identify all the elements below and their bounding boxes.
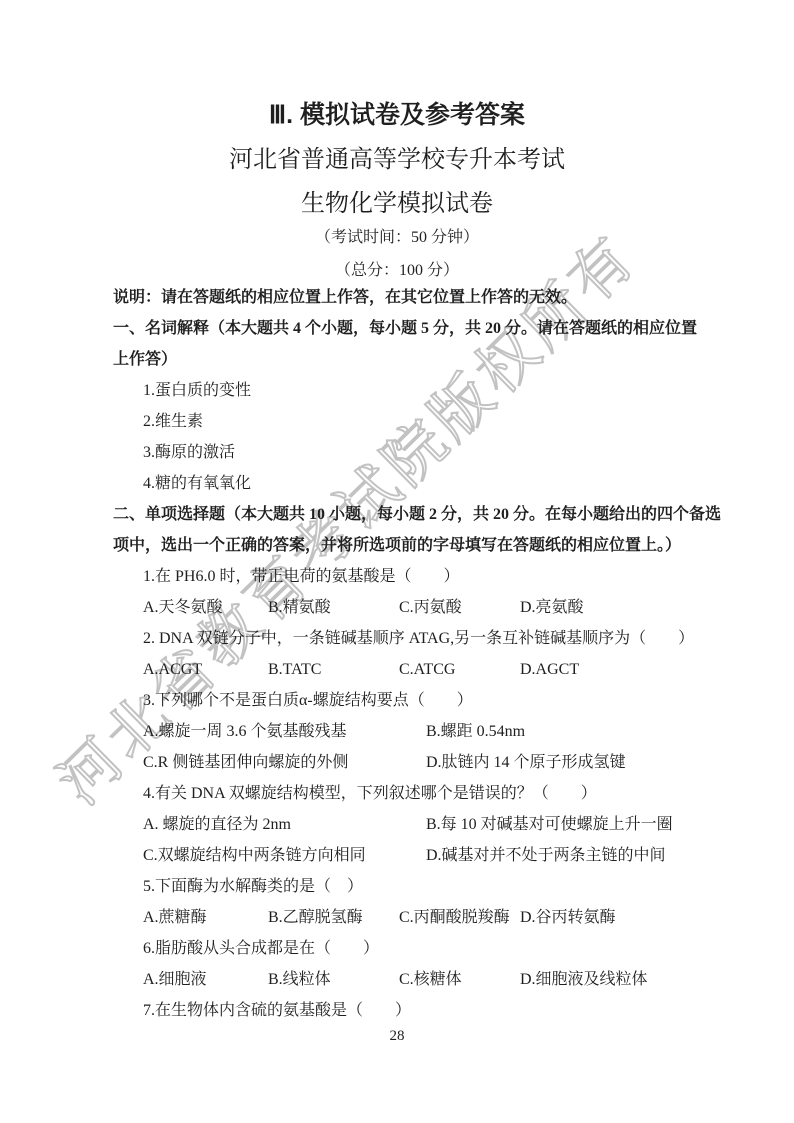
option-a: A.蔗糖酶: [143, 902, 268, 933]
exam-page: 河北省教育考试院版权所有 Ⅲ. 模拟试卷及参考答案 河北省普通高等学校专升本考试…: [0, 0, 794, 1123]
section-title: Ⅲ. 模拟试卷及参考答案: [0, 0, 794, 129]
question-4-options-row-2: C.双螺旋结构中两条链方向相同D.碱基对并不处于两条主链的中间: [113, 840, 724, 871]
option-c: C.核糖体: [399, 964, 520, 995]
exam-time-note: （考试时间：50 分钟）: [0, 227, 794, 249]
section2-header-line1: 二、单项选择题（本大题共 10 小题，每小题 2 分，共 20 分。在每小题给出…: [113, 499, 724, 530]
instructions-line: 说明：请在答题纸的相应位置上作答，在其它位置上作答的无效。: [113, 282, 724, 313]
question-7-stem: 7.在生物体内含硫的氨基酸是（ ）: [113, 995, 724, 1026]
option-b: B.精氨酸: [268, 592, 399, 623]
question-1-options-row: A.天冬氨酸B.精氨酸C.丙氨酸D.亮氨酸: [113, 592, 724, 623]
question-1-stem: 1.在 PH6.0 时，带正电荷的氨基酸是（ ）: [113, 561, 724, 592]
question-2-stem: 2. DNA 双链分子中，一条链碱基顺序 ATAG,另一条互补链碱基顺序为（ ）: [113, 623, 724, 654]
question-3-options-row-2: C.R 侧链基团伸向螺旋的外侧D.肽链内 14 个原子形成氢键: [113, 747, 724, 778]
option-b: B.TATC: [268, 654, 399, 685]
exam-score-note: （总分：100 分）: [0, 260, 794, 282]
option-b: B.线粒体: [268, 964, 399, 995]
term-item-1: 1.蛋白质的变性: [113, 375, 724, 406]
section2-header-line2: 项中，选出一个正确的答案，并将所选项前的字母填写在答题纸的相应位置上。）: [113, 530, 724, 561]
option-d: D.AGCT: [520, 654, 579, 685]
question-4-options-row-1: A. 螺旋的直径为 2nmB.每 10 对碱基对可使螺旋上升一圈: [113, 809, 724, 840]
exam-name: 河北省普通高等学校专升本考试: [0, 146, 794, 174]
option-d: D.碱基对并不处于两条主链的中间: [426, 840, 666, 871]
question-2-options-row: A.ACGTB.TATCC.ATCGD.AGCT: [113, 654, 724, 685]
option-c: C.ATCG: [399, 654, 520, 685]
term-item-2: 2.维生素: [113, 406, 724, 437]
option-a: A.细胞液: [143, 964, 268, 995]
option-b: B.乙醇脱氢酶: [268, 902, 399, 933]
option-d: D.亮氨酸: [520, 592, 584, 623]
question-3-stem: 3.下列哪个不是蛋白质α-螺旋结构要点（ ）: [113, 685, 724, 716]
question-6-stem: 6.脂肪酸从头合成都是在（ ）: [113, 933, 724, 964]
exam-body: 说明：请在答题纸的相应位置上作答，在其它位置上作答的无效。 一、名词解释（本大题…: [113, 282, 724, 1026]
paper-title: 生物化学模拟试卷: [0, 190, 794, 218]
option-a: A. 螺旋的直径为 2nm: [143, 809, 426, 840]
option-c: C.R 侧链基团伸向螺旋的外侧: [143, 747, 426, 778]
section1-header-line1: 一、名词解释（本大题共 4 个小题，每小题 5 分，共 20 分。请在答题纸的相…: [113, 313, 724, 344]
option-b: B.螺距 0.54nm: [426, 716, 525, 747]
option-b: B.每 10 对碱基对可使螺旋上升一圈: [426, 809, 673, 840]
option-a: A.天冬氨酸: [143, 592, 268, 623]
option-d: D.细胞液及线粒体: [520, 964, 648, 995]
option-c: C.双螺旋结构中两条链方向相同: [143, 840, 426, 871]
option-d: D.肽链内 14 个原子形成氢键: [426, 747, 626, 778]
option-a: A.螺旋一周 3.6 个氨基酸残基: [143, 716, 426, 747]
option-c: C.丙酮酸脱羧酶: [399, 902, 520, 933]
question-4-stem: 4.有关 DNA 双螺旋结构模型，下列叙述哪个是错误的？（ ）: [113, 778, 724, 809]
section1-header-line2: 上作答）: [113, 344, 724, 375]
option-a: A.ACGT: [143, 654, 268, 685]
question-5-stem: 5.下面酶为水解酶类的是（ ）: [113, 871, 724, 902]
term-item-4: 4.糖的有氧氧化: [113, 468, 724, 499]
question-3-options-row-1: A.螺旋一周 3.6 个氨基酸残基B.螺距 0.54nm: [113, 716, 724, 747]
question-5-options-row: A.蔗糖酶B.乙醇脱氢酶C.丙酮酸脱羧酶D.谷丙转氨酶: [113, 902, 724, 933]
question-6-options-row: A.细胞液B.线粒体C.核糖体D.细胞液及线粒体: [113, 964, 724, 995]
option-c: C.丙氨酸: [399, 592, 520, 623]
term-item-3: 3.酶原的激活: [113, 437, 724, 468]
page-number: 28: [0, 1026, 794, 1046]
page-content: Ⅲ. 模拟试卷及参考答案 河北省普通高等学校专升本考试 生物化学模拟试卷 （考试…: [0, 0, 794, 1046]
option-d: D.谷丙转氨酶: [520, 902, 616, 933]
